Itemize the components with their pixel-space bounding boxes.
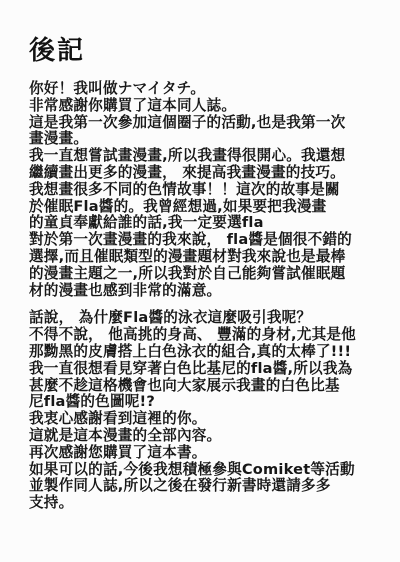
text-line: 畫漫畫。 — [29, 131, 374, 148]
text-line: 我一直很想看見穿著白色比基尼的fla醬,所以我為 — [29, 361, 374, 378]
text-line: 的童貞奉獻給誰的話,我一定要選fla — [29, 215, 374, 232]
text-line: 並製作同人誌,所以之後在發行新書時還請多多 — [29, 478, 374, 495]
text-line: 材的漫畫也感到非常的滿意。 — [29, 283, 374, 300]
text-line: 的漫畫主題之一,所以我對於自己能夠嘗試催眠題 — [29, 266, 374, 283]
text-line: 我一直想嘗試畫漫畫,所以我畫得很開心。我還想 — [29, 148, 374, 165]
text-line: 我想畫很多不同的色情故事！！這次的故事是關 — [29, 182, 374, 199]
text-line: 那黝黑的皮膚搭上白色泳衣的組合,真的太棒了!!! — [29, 344, 374, 361]
text-line: 如果可以的話,今後我想積極參與Comiket等活動 — [29, 462, 374, 479]
paragraph-intro: 你好！我叫做ナマイタチ。 非常感謝你購買了這本同人誌。 這是我第一次參加這個圈子… — [29, 81, 374, 299]
text-line: 尼fla醬的色圖呢!? — [29, 394, 374, 411]
text-line: 繼續畫出更多的漫畫， 來提高我畫漫畫的技巧。 — [29, 165, 374, 182]
text-line: 於催眠Fla醬的。我曾經想過,如果要把我漫畫 — [29, 199, 374, 216]
text-line: 選擇,而且催眠類型的漫畫題材對我來說也是最棒 — [29, 249, 374, 266]
text-line: 再次感謝您購買了這本書。 — [29, 445, 374, 462]
afterword-page: 後記 你好！我叫做ナマイタチ。 非常感謝你購買了這本同人誌。 這是我第一次參加這… — [0, 0, 400, 562]
text-line: 這是我第一次參加這個圈子的活動,也是我第一次 — [29, 115, 374, 132]
text-line: 話說， 為什麼Fla醬的泳衣這麼吸引我呢？ — [29, 310, 374, 327]
text-line: 支持。 — [29, 495, 374, 512]
text-line: 這就是這本漫畫的全部內容。 — [29, 428, 374, 445]
text-line: 甚麼不趁這格機會也向大家展示我畫的白色比基 — [29, 378, 374, 395]
page-title: 後記 — [29, 30, 374, 67]
text-line: 對於第一次畫漫畫的我來說， fla醬是個很不錯的 — [29, 232, 374, 249]
text-line: 非常感謝你購買了這本同人誌。 — [29, 98, 374, 115]
text-line: 不得不說， 他高挑的身高、 豐滿的身材,尤其是他 — [29, 327, 374, 344]
text-line: 我衷心感謝看到這裡的你。 — [29, 411, 374, 428]
text-line: 你好！我叫做ナマイタチ。 — [29, 81, 374, 98]
paragraph-closing: 話說， 為什麼Fla醬的泳衣這麼吸引我呢？ 不得不說， 他高挑的身高、 豐滿的身… — [29, 310, 374, 512]
